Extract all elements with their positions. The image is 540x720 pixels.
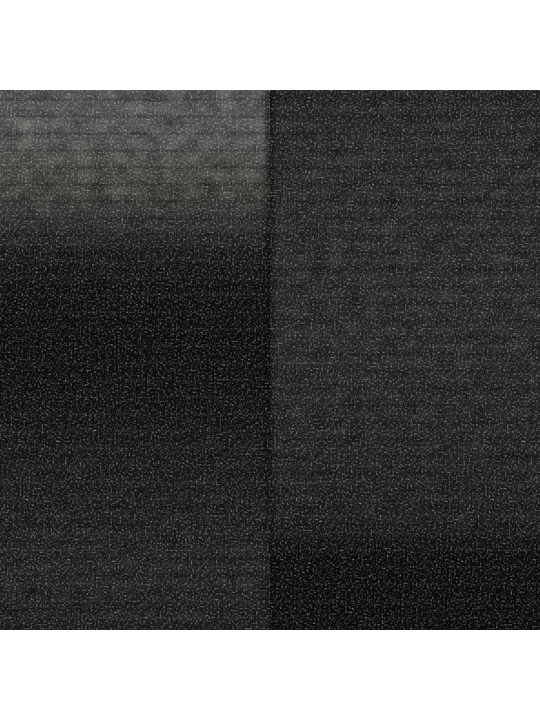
carpet-texture-photo bbox=[0, 90, 540, 630]
speckle-noise-layer bbox=[0, 90, 540, 630]
speckle-noise-rect bbox=[0, 90, 540, 630]
product-photo-page bbox=[0, 0, 540, 720]
